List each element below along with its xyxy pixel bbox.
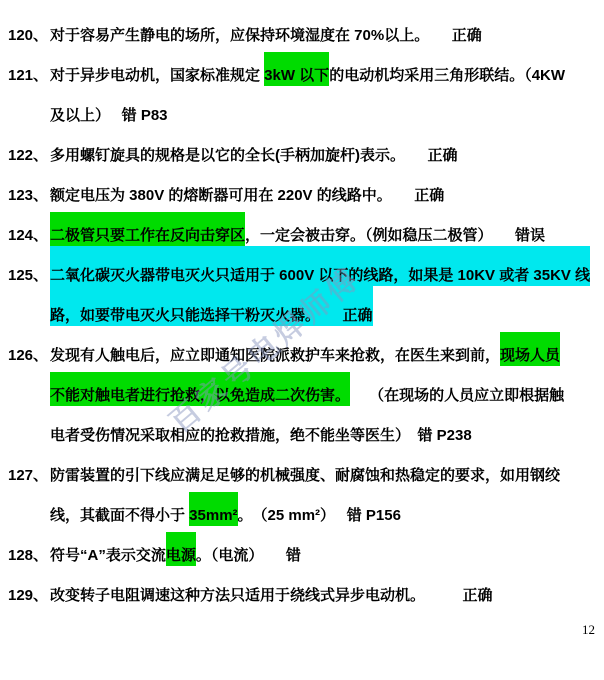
highlighted-text-segment: 路，如要带电灭火只能选择干粉灭火器。 正确 [50, 286, 373, 326]
highlighted-text-segment: 35mm² [189, 492, 237, 526]
question-number: 120、 [8, 25, 50, 46]
question-line: 126、发现有人触电后，应立即通知医院派救护车来抢救，在医生来到前，现场人员 [8, 326, 598, 366]
question-line: 123、额定电压为 380V 的熔断器可用在 220V 的线路中。 正确 [8, 166, 598, 206]
question-line: 127、防雷装置的引下线应满足足够的机械强度、耐腐蚀和热稳定的要求，如用钢绞 [8, 446, 598, 486]
highlighted-text-segment: 二氧化碳灭火器带电灭火只适用于 600V 以下的线路，如果是 10KV 或者 3… [50, 246, 590, 286]
text-segment: 线，其截面不得小于 [50, 505, 189, 526]
highlighted-text-segment: 不能对触电者进行抢救，以免造成二次伤害。 [50, 372, 350, 406]
question-number: 122、 [8, 145, 50, 166]
question-line: 120、对于容易产生静电的场所，应保持环境湿度在 70%以上。 正确 [8, 6, 598, 46]
text-segment: 的电动机均采用三角形联结。（4KW [329, 65, 565, 86]
question-number: 127、 [8, 465, 50, 486]
text-segment: （在现场的人员应立即根据触 [350, 385, 564, 406]
question-line: 129、改变转子电阻调速这种方法只适用于绕线式异步电动机。 正确 [8, 566, 598, 606]
question-number: 129、 [8, 585, 50, 606]
question-line: 线，其截面不得小于 35mm²。 （25 mm²） 错 P156 [8, 486, 598, 526]
question-number: 124、 [8, 225, 50, 246]
text-segment: 防雷装置的引下线应满足足够的机械强度、耐腐蚀和热稳定的要求，如用钢绞 [50, 465, 560, 486]
question-number: 123、 [8, 185, 50, 206]
text-segment: 对于异步电动机，国家标准规定 [50, 65, 264, 86]
highlighted-text-segment: 电源 [166, 532, 196, 566]
question-number: 126、 [8, 345, 50, 366]
question-line: 不能对触电者进行抢救，以免造成二次伤害。 （在现场的人员应立即根据触 [8, 366, 598, 406]
question-line: 121、对于异步电动机，国家标准规定 3kW 以下的电动机均采用三角形联结。（4… [8, 46, 598, 86]
question-number: 125、 [8, 265, 50, 286]
text-segment: 多用螺钉旋具的规格是以它的全长(手柄加旋杆)表示。 正确 [50, 145, 458, 166]
page-number: 12 [582, 622, 595, 638]
question-line: 125、二氧化碳灭火器带电灭火只适用于 600V 以下的线路，如果是 10KV … [8, 246, 598, 286]
question-line: 路，如要带电灭火只能选择干粉灭火器。 正确 [8, 286, 598, 326]
text-segment: 对于容易产生静电的场所，应保持环境湿度在 70%以上。 正确 [50, 25, 482, 46]
text-segment: ，一定会被击穿。（例如稳压二极管） 错误 [245, 225, 545, 246]
highlighted-text-segment: 二极管只要工作在反向击穿区 [50, 212, 245, 246]
document-page: 120、对于容易产生静电的场所，应保持环境湿度在 70%以上。 正确121、对于… [0, 0, 604, 680]
question-number: 121、 [8, 65, 50, 86]
question-list: 120、对于容易产生静电的场所，应保持环境湿度在 70%以上。 正确121、对于… [8, 6, 598, 606]
question-line: 及以上） 错 P83 [8, 86, 598, 126]
question-line: 124、二极管只要工作在反向击穿区，一定会被击穿。（例如稳压二极管） 错误 [8, 206, 598, 246]
question-line: 122、多用螺钉旋具的规格是以它的全长(手柄加旋杆)表示。 正确 [8, 126, 598, 166]
question-line: 128、符号“A”表示交流电源。（电流） 错 [8, 526, 598, 566]
text-segment: 符号“A”表示交流 [50, 545, 166, 566]
text-segment: 发现有人触电后，应立即通知医院派救护车来抢救，在医生来到前， [50, 345, 500, 366]
highlighted-text-segment: 现场人员 [500, 332, 560, 366]
text-segment: 电者受伤情况采取相应的抢救措施，绝不能坐等医生） 错 P238 [50, 425, 472, 446]
text-segment: 额定电压为 380V 的熔断器可用在 220V 的线路中。 正确 [50, 185, 444, 206]
text-segment: 改变转子电阻调速这种方法只适用于绕线式异步电动机。 正确 [50, 585, 493, 606]
question-number: 128、 [8, 545, 50, 566]
text-segment: 。 （25 mm²） 错 P156 [238, 505, 401, 526]
highlighted-text-segment: 3kW 以下 [264, 52, 329, 86]
question-line: 电者受伤情况采取相应的抢救措施，绝不能坐等医生） 错 P238 [8, 406, 598, 446]
text-segment: 及以上） 错 P83 [50, 105, 168, 126]
text-segment: 。（电流） 错 [196, 545, 301, 566]
